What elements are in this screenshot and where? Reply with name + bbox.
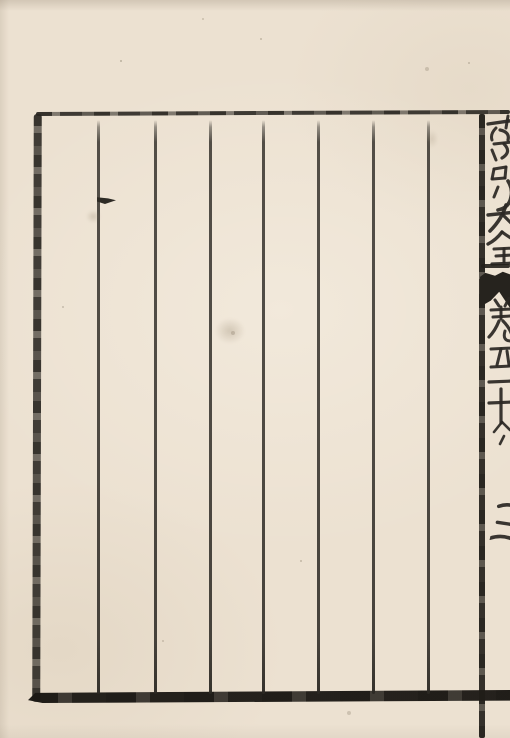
banxin-title-box-rule <box>481 264 510 268</box>
column-line-7 <box>427 120 430 694</box>
book-folio-page <box>0 0 510 738</box>
paper-speckles <box>120 60 122 62</box>
banxin-volume-label <box>487 297 510 425</box>
paper-smudge <box>215 318 245 344</box>
frame-bottom-border <box>28 690 510 703</box>
banxin-title-char-4-glyph <box>486 230 510 268</box>
column-line-6 <box>372 120 375 694</box>
paper-smudge <box>426 130 438 148</box>
paper-smudge <box>86 210 101 223</box>
frame-top-border <box>36 110 510 116</box>
frame-fold-border <box>479 114 485 738</box>
frame-left-border <box>32 114 42 702</box>
column-line-1 <box>97 120 100 694</box>
banxin-fragment-glyph <box>492 420 510 446</box>
folio-page-number <box>488 498 510 552</box>
column-line-4 <box>262 120 265 694</box>
column-line-2 <box>154 120 157 694</box>
banxin-title-char-1-glyph <box>486 114 510 162</box>
column-line-3 <box>209 120 212 694</box>
column-line-5 <box>317 120 320 694</box>
